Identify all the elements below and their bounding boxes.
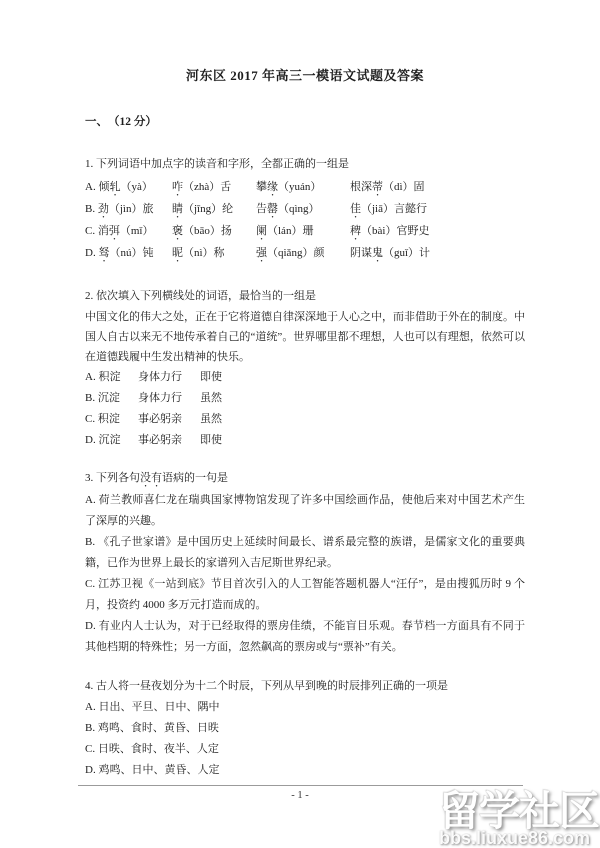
plain-text: （jìn）旅 bbox=[109, 203, 154, 215]
emphasized-char: 稗 bbox=[350, 225, 361, 237]
option-cell: 即使 bbox=[200, 430, 525, 451]
question-1-option-a: A. 倾轧（yà） 咋（zhà）舌 攀缘（yuán） 根深蒂（dì）固 bbox=[85, 177, 525, 199]
plain-text: （jiā）言懿行 bbox=[361, 203, 427, 215]
emphasized-char: 轧 bbox=[109, 181, 120, 193]
exam-document: 河东区 2017 年高三一模语文试题及答案 一、 （12 分） 1. 下列词语中… bbox=[85, 67, 525, 781]
question-2-option-b: B. 沉淀 身体力行 虽然 bbox=[85, 388, 525, 409]
option-cell: 身体力行 bbox=[138, 388, 200, 409]
option-cell: 即使 bbox=[200, 367, 525, 388]
plain-text: 告 bbox=[256, 203, 267, 215]
plain-text: （nú）钝 bbox=[109, 247, 153, 259]
question-2: 2. 依次填入下列横线处的词语，最恰当的一组是 中国文化的伟大之处，正在于它将道… bbox=[85, 286, 525, 451]
question-3-option-b: B. 《孔子世家谱》是中国历史上延续时间最长、谱系最完整的族谱，是儒家文化的重要… bbox=[85, 532, 525, 574]
question-4-option-b: B. 鸡鸣、食时、黄昏、日昳 bbox=[85, 718, 525, 739]
emphasized-char: 阑 bbox=[256, 225, 267, 237]
option-cell: 阑（lán）珊 bbox=[256, 221, 350, 243]
option-cell: 根深蒂（dì）固 bbox=[350, 177, 525, 199]
question-3: 3. 下列各句没有语病的一句是 A. 荷兰教师喜仁龙在瑞典国家博物馆发现了许多中… bbox=[85, 468, 525, 658]
option-cell: B. 劲（jìn）旅 bbox=[85, 199, 172, 221]
plain-text: 语病的一句是 bbox=[162, 472, 228, 484]
plain-text: 攀 bbox=[256, 181, 267, 193]
option-cell: 身体力行 bbox=[138, 367, 200, 388]
emphasized-char: 蒂 bbox=[372, 181, 383, 193]
emphasized-char: 罄 bbox=[267, 203, 278, 215]
plain-text: B. bbox=[85, 203, 98, 215]
option-cell: 事必躬亲 bbox=[138, 409, 200, 430]
question-4-option-a: A. 日出、平旦、日中、隅中 bbox=[85, 697, 525, 718]
question-1-option-c: C. 消弭（mǐ） 褒（bāo）扬 阑（lán）珊 稗（bài）官野史 bbox=[85, 221, 525, 243]
page-title: 河东区 2017 年高三一模语文试题及答案 bbox=[85, 67, 525, 84]
option-cell: B. 沉淀 bbox=[85, 388, 138, 409]
watermark: 留学社区 bbs.liuxue86.com bbox=[439, 791, 599, 847]
option-cell: D. 驽（nú）钝 bbox=[85, 243, 172, 265]
option-cell: 咋（zhà）舌 bbox=[172, 177, 256, 199]
section-heading: 一、 （12 分） bbox=[85, 112, 525, 133]
plain-text: （qìng） bbox=[278, 203, 320, 215]
option-cell: 虽然 bbox=[200, 409, 525, 430]
plain-text: （jīng）纶 bbox=[183, 203, 233, 215]
emphasized-char: 鬼 bbox=[372, 247, 383, 259]
question-2-option-a: A. 积淀 身体力行 即使 bbox=[85, 367, 525, 388]
option-cell: 稗（bài）官野史 bbox=[350, 221, 525, 243]
option-cell: 佳（jiā）言懿行 bbox=[350, 199, 525, 221]
emphasized-char: 咋 bbox=[172, 181, 183, 193]
emphasized-char: 佳 bbox=[350, 203, 361, 215]
plain-text: （yà） bbox=[120, 181, 152, 193]
question-1-option-b: B. 劲（jìn）旅 睛（jīng）纶 告罄（qìng） 佳（jiā）言懿行 bbox=[85, 199, 525, 221]
plain-text: 阴谋 bbox=[350, 247, 372, 259]
option-cell: A. 积淀 bbox=[85, 367, 138, 388]
watermark-logo-text: 留学社区 bbox=[439, 791, 599, 831]
option-cell: C. 积淀 bbox=[85, 409, 138, 430]
plain-text: （guǐ）计 bbox=[383, 247, 430, 259]
option-cell: A. 倾轧（yà） bbox=[85, 177, 172, 199]
plain-text: 3. 下列各句 bbox=[85, 472, 140, 484]
plain-text: C. 消 bbox=[85, 225, 109, 237]
question-4: 4. 古人将一昼夜划分为十二个时辰，下列从早到晚的时辰排列正确的一项是 A. 日… bbox=[85, 676, 525, 781]
question-4-option-d: D. 鸡鸣、日中、黄昏、人定 bbox=[85, 760, 525, 781]
option-cell: 告罄（qìng） bbox=[256, 199, 350, 221]
footer-divider bbox=[78, 785, 523, 786]
question-4-option-c: C. 日昳、食时、夜半、人定 bbox=[85, 739, 525, 760]
option-cell: 攀缘（yuán） bbox=[256, 177, 350, 199]
question-2-stem: 2. 依次填入下列横线处的词语，最恰当的一组是 bbox=[85, 286, 525, 307]
question-4-stem: 4. 古人将一昼夜划分为十二个时辰，下列从早到晚的时辰排列正确的一项是 bbox=[85, 676, 525, 697]
plain-text: A. 倾 bbox=[85, 181, 109, 193]
plain-text: （zhà）舌 bbox=[183, 181, 231, 193]
plain-text: （mǐ） bbox=[120, 225, 154, 237]
question-3-stem: 3. 下列各句没有语病的一句是 bbox=[85, 468, 525, 490]
plain-text: （bāo）扬 bbox=[183, 225, 232, 237]
plain-text: （lán）珊 bbox=[267, 225, 313, 237]
question-1-options: A. 倾轧（yà） 咋（zhà）舌 攀缘（yuán） 根深蒂（dì）固 B. 劲… bbox=[85, 177, 525, 265]
plain-text: （dì）固 bbox=[383, 181, 425, 193]
question-1-stem: 1. 下列词语中加点字的读音和字形，全都正确的一组是 bbox=[85, 154, 525, 175]
question-2-option-d: D. 沉淀 事必躬亲 即使 bbox=[85, 430, 525, 451]
emphasized-char: 驽 bbox=[98, 247, 109, 259]
option-cell: 睛（jīng）纶 bbox=[172, 199, 256, 221]
option-cell: C. 消弭（mǐ） bbox=[85, 221, 172, 243]
option-cell: D. 沉淀 bbox=[85, 430, 138, 451]
emphasized-char: 缘 bbox=[267, 181, 278, 193]
option-cell: 虽然 bbox=[200, 388, 525, 409]
plain-text: D. bbox=[85, 247, 98, 259]
plain-text: （yuán） bbox=[278, 181, 321, 193]
emphasized-char: 劲 bbox=[98, 203, 109, 215]
emphasized-char: 弭 bbox=[109, 225, 120, 237]
question-3-option-c: C. 江苏卫视《一站到底》节目首次引入的人工智能答题机器人“汪仔”，是由搜狐历时… bbox=[85, 574, 525, 616]
question-2-option-c: C. 积淀 事必躬亲 虽然 bbox=[85, 409, 525, 430]
emphasized-char: 褒 bbox=[172, 225, 183, 237]
watermark-site-url: bbs.liuxue86.com bbox=[439, 830, 599, 847]
plain-text: （nì）称 bbox=[183, 247, 225, 259]
question-1-option-d: D. 驽（nú）钝 昵（nì）称 强（qiǎng）颜 阴谋鬼（guǐ）计 bbox=[85, 243, 525, 265]
option-cell: 阴谋鬼（guǐ）计 bbox=[350, 243, 525, 265]
question-2-passage: 中国文化的伟大之处，正在于它将道德自律深深地于人心之中，而非借助于外在的制度。中… bbox=[85, 307, 525, 367]
emphasized-char: 睛 bbox=[172, 203, 183, 215]
option-cell: 强（qiǎng）颜 bbox=[256, 243, 350, 265]
question-3-option-a: A. 荷兰教师喜仁龙在瑞典国家博物馆发现了许多中国绘画作品，使他后来对中国艺术产… bbox=[85, 490, 525, 532]
question-3-option-d: D. 有业内人士认为，对于已经取得的票房佳绩，不能盲目乐观。春节档一方面具有不同… bbox=[85, 616, 525, 658]
option-cell: 昵（nì）称 bbox=[172, 243, 256, 265]
question-1: 1. 下列词语中加点字的读音和字形，全都正确的一组是 A. 倾轧（yà） 咋（z… bbox=[85, 154, 525, 265]
option-cell: 褒（bāo）扬 bbox=[172, 221, 256, 243]
plain-text: 根深 bbox=[350, 181, 372, 193]
emphasized-char: 没有 bbox=[140, 472, 162, 484]
option-cell: 事必躬亲 bbox=[138, 430, 200, 451]
plain-text: （qiǎng）颜 bbox=[267, 247, 324, 259]
emphasized-char: 昵 bbox=[172, 247, 183, 259]
emphasized-char: 强 bbox=[256, 247, 267, 259]
plain-text: （bài）官野史 bbox=[361, 225, 429, 237]
